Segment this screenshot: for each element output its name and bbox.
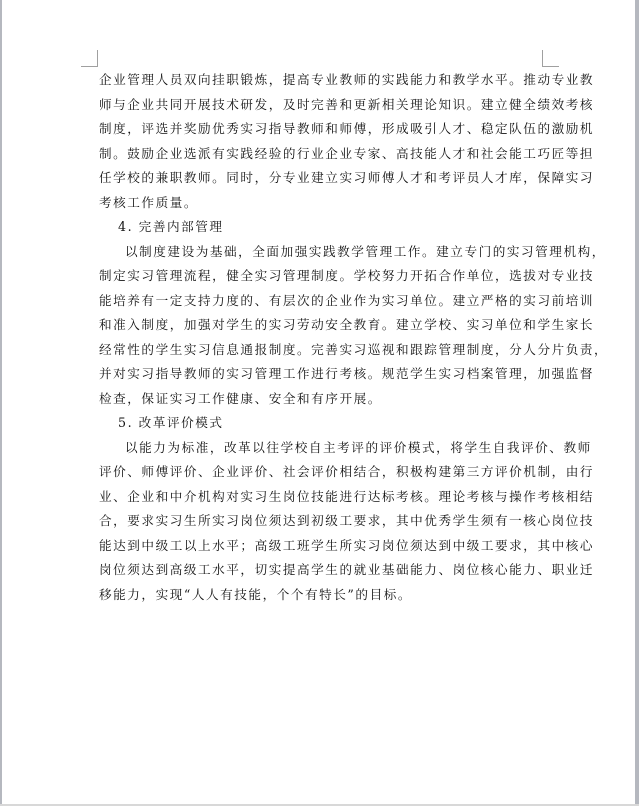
text-line: 任学校的兼职教师。同时，分专业建立实习师傅人才和考评员人才库，保障实习 — [99, 166, 545, 191]
paragraph-internal-management: 以制度建设为基础，全面加强实践教学管理工作。建立专门的实习管理机构， 制定实习管… — [99, 240, 545, 412]
vertical-scrollbar-edge[interactable] — [635, 0, 639, 806]
text-line: 制度，评选并奖励优秀实习指导教师和师傅，形成吸引人才、稳定队伍的激励机 — [99, 117, 545, 142]
paragraph-evaluation-reform: 以能力为标准，改革以往学校自主考评的评价模式，将学生自我评价、教师 评价、师傅评… — [99, 436, 545, 608]
text-line: 并对实习指导教师的实习管理工作进行考核。规范学生实习档案管理，加强监督 — [99, 362, 545, 387]
text-line: 业、企业和中介机构对实习生岗位技能进行达标考核。理论考核与操作考核相结 — [99, 485, 545, 510]
text-line: 检查，保证实习工作健康、安全和有序开展。 — [99, 387, 545, 412]
section-heading-evaluation-reform: 5. 改革评价模式 — [99, 411, 545, 436]
text-line: 制。鼓励企业选派有实践经验的行业企业专家、高技能人才和社会能工巧匠等担 — [99, 142, 545, 167]
margin-corner-mark-top-right — [542, 50, 559, 67]
text-line: 评价、师傅评价、企业评价、社会评价相结合，积极构建第三方评价机制，由行 — [99, 460, 545, 485]
text-line: 经常性的学生实习信息通报制度。完善实习巡视和跟踪管理制度，分人分片负责， — [99, 338, 545, 363]
text-line: 移能力，实现“人人有技能，个个有特长”的目标。 — [99, 583, 545, 608]
document-page[interactable]: 企业管理人员双向挂职锻炼，提高专业教师的实践能力和教学水平。推动专业教 师与企业… — [2, 0, 635, 804]
section-heading-internal-management: 4. 完善内部管理 — [99, 215, 545, 240]
text-line: 师与企业共同开展技术研发，及时完善和更新相关理论知识。建立健全绩效考核 — [99, 93, 545, 118]
text-line: 能培养有一定支持力度的、有层次的企业作为实习单位。建立严格的实习前培训 — [99, 289, 545, 314]
text-line: 企业管理人员双向挂职锻炼，提高专业教师的实践能力和教学水平。推动专业教 — [99, 68, 545, 93]
document-body[interactable]: 企业管理人员双向挂职锻炼，提高专业教师的实践能力和教学水平。推动专业教 师与企业… — [99, 68, 545, 607]
text-line: 考核工作质量。 — [99, 191, 545, 216]
text-line: 以能力为标准，改革以往学校自主考评的评价模式，将学生自我评价、教师 — [99, 436, 545, 461]
text-line: 岗位须达到高级工水平，切实提高学生的就业基础能力、岗位核心能力、职业迁 — [99, 558, 545, 583]
text-line: 合，要求实习生所实习岗位须达到初级工要求，其中优秀学生须有一核心岗位技 — [99, 509, 545, 534]
text-line: 制定实习管理流程，健全实习管理制度。学校努力开拓合作单位，选拔对专业技 — [99, 264, 545, 289]
text-line: 以制度建设为基础，全面加强实践教学管理工作。建立专门的实习管理机构， — [99, 240, 545, 265]
margin-corner-mark-top-left — [81, 50, 98, 67]
text-line: 能达到中级工以上水平；高级工班学生所实习岗位须达到中级工要求，其中核心 — [99, 534, 545, 559]
paragraph-teacher-training: 企业管理人员双向挂职锻炼，提高专业教师的实践能力和教学水平。推动专业教 师与企业… — [99, 68, 545, 215]
text-line: 和准入制度，加强对学生的实习劳动安全教育。建立学校、实习单位和学生家长 — [99, 313, 545, 338]
